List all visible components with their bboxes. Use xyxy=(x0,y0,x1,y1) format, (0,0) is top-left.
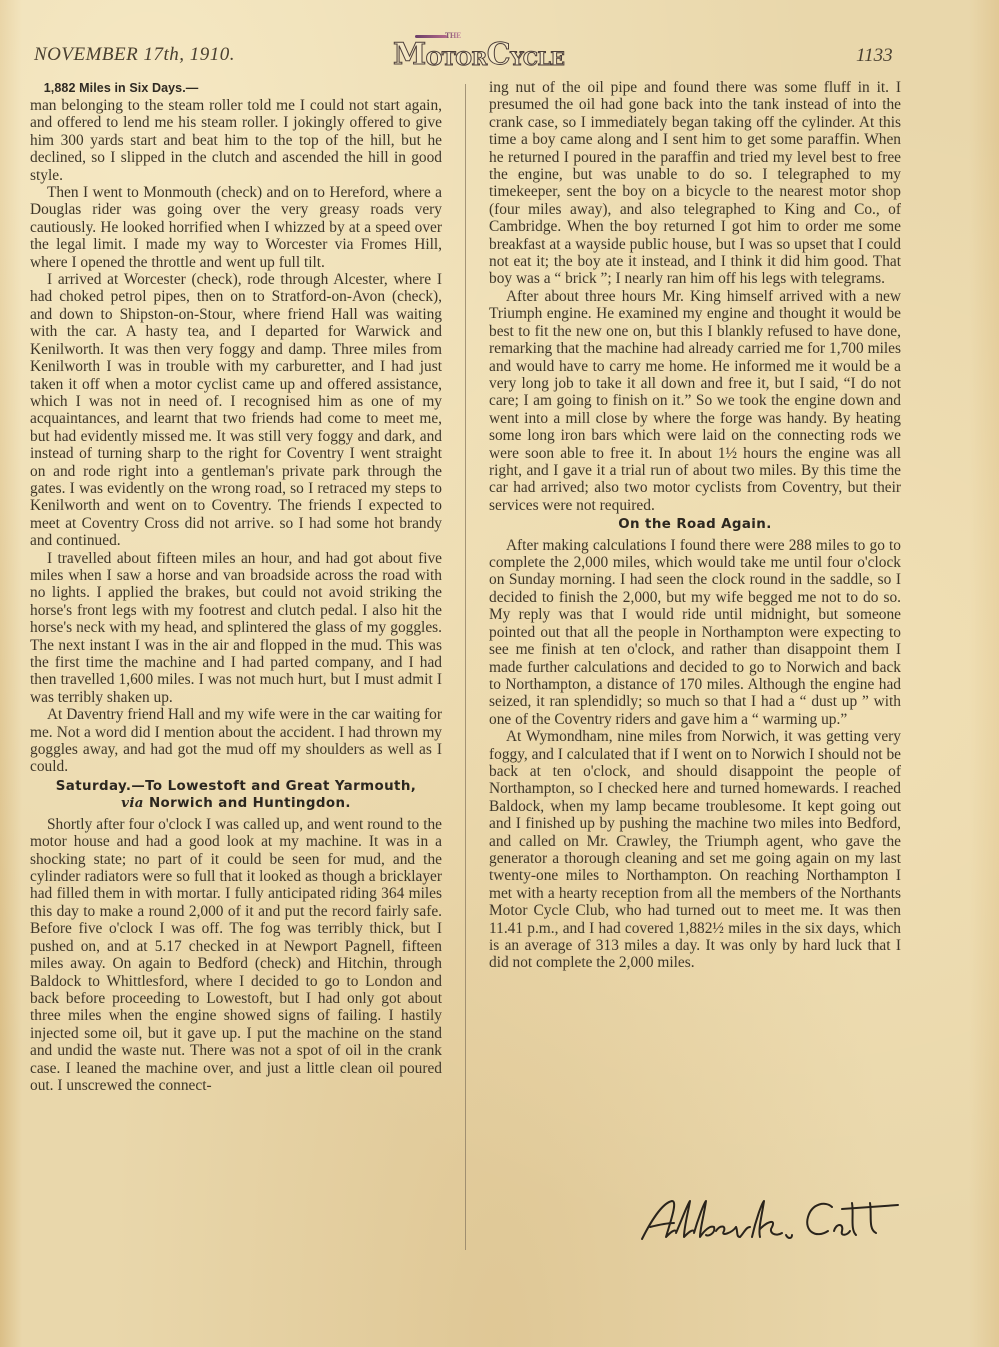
masthead-bar-ornament xyxy=(415,35,447,38)
section-heading-saturday: Saturday.—To Lowestoft and Great Yarmout… xyxy=(30,779,442,813)
column-divider xyxy=(465,84,466,1250)
paragraph: Then I went to Monmouth (check) and on t… xyxy=(30,184,442,271)
paragraph: I arrived at Worcester (check), rode thr… xyxy=(30,271,442,550)
paragraph: Shortly after four o'clock I was called … xyxy=(30,816,442,1095)
paragraph: I travelled about fifteen miles an hour,… xyxy=(30,550,442,707)
running-head: 1,882 Miles in Six Days.— xyxy=(30,79,442,97)
section-heading-road-again: On the Road Again. xyxy=(489,517,901,534)
paragraph: After making calculations I found there … xyxy=(489,537,901,728)
right-column: ing nut of the oil pipe and found there … xyxy=(489,79,901,972)
paragraph: man belonging to the steam roller told m… xyxy=(30,97,442,184)
paragraph: After about three hours Mr. King himself… xyxy=(489,288,901,514)
paragraph: ing nut of the oil pipe and found there … xyxy=(489,79,901,288)
masthead-logo: THE MOTORCYCLE xyxy=(393,38,564,70)
masthead-the: THE xyxy=(445,31,461,40)
page-header: NOVEMBER 17th, 1910. THE MOTORCYCLE 1133 xyxy=(0,0,999,75)
issue-date: NOVEMBER 17th, 1910. xyxy=(34,44,235,66)
author-signature xyxy=(636,1193,906,1249)
signature-icon xyxy=(636,1193,906,1249)
page-number: 1133 xyxy=(856,45,893,67)
left-column: 1,882 Miles in Six Days.— man belonging … xyxy=(30,79,442,1094)
paragraph: At Wymondham, nine miles from Norwich, i… xyxy=(489,728,901,972)
paragraph: At Daventry friend Hall and my wife were… xyxy=(30,706,442,776)
